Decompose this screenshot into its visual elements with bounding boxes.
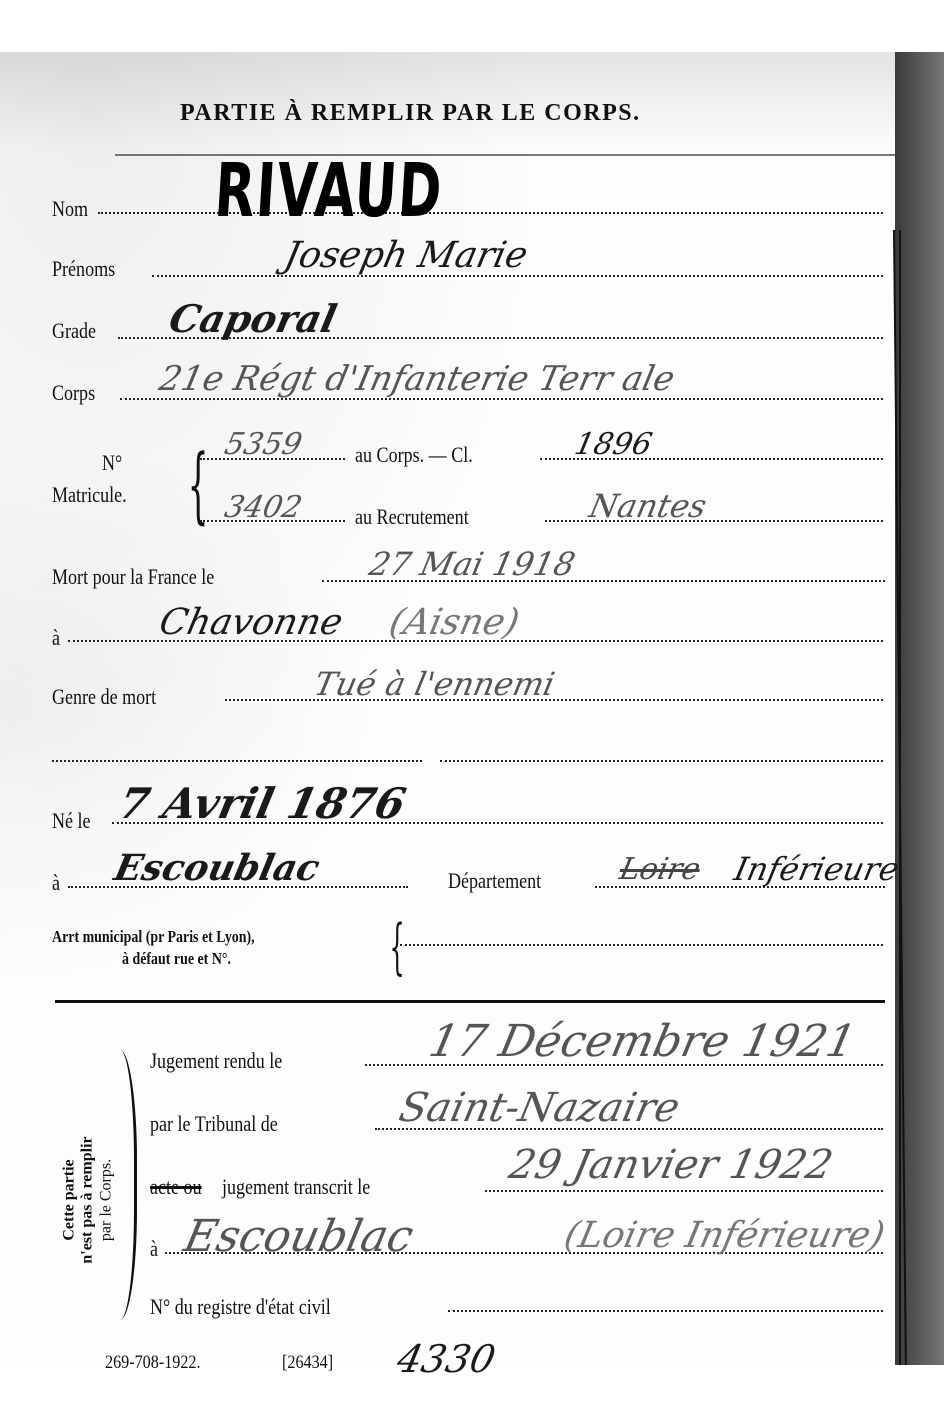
transcrit-line [485, 1190, 883, 1192]
handwritten-number: 4330 [394, 1340, 499, 1378]
grade-value: Caporal [166, 300, 340, 338]
matricule-brace: { [188, 438, 209, 533]
classe-value: 1896 [572, 430, 655, 460]
transcrit-struck-label: acte ou [150, 1176, 202, 1198]
ne-le-label: Né le [52, 810, 91, 832]
jugement-value: 17 Décembre 1921 [425, 1020, 859, 1064]
transcrit-lieu-annotation: (Loire Inférieure) [561, 1218, 888, 1254]
nom-value: RIVAUD [212, 148, 445, 234]
extra-line-right [440, 760, 883, 762]
au-corps-label: au Corps. — Cl. [355, 444, 473, 466]
au-recrutement-label: au Recrutement [355, 506, 469, 528]
transcrit-value: 29 Janvier 1922 [506, 1145, 836, 1185]
arr-municipal-label-2: à défaut rue et N°. [122, 950, 231, 967]
document-title: PARTIE À REMPLIR PAR LE CORPS. [180, 100, 641, 127]
print-code: 269-708-1922. [105, 1352, 201, 1374]
matricule-label-no: N° [102, 452, 122, 474]
mort-lieu-label: à [52, 627, 60, 649]
recrutement-place-value: Nantes [587, 490, 710, 522]
tribunal-value: Saint-Nazaire [396, 1088, 683, 1128]
mort-date-label: Mort pour la France le [52, 566, 214, 588]
recrutement-number-value: 3402 [222, 493, 305, 523]
corps-value: 21e Régt d'Infanterie Terr ale [156, 362, 677, 396]
ne-lieu-value: Escoublac [111, 850, 323, 886]
ne-lieu-label: à [52, 872, 60, 894]
registre-label: N° du registre d'état civil [150, 1296, 331, 1318]
matricule-label: Matricule. [52, 484, 127, 506]
transcrit-lieu-label: à [150, 1238, 158, 1260]
departement-label: Département [448, 870, 541, 892]
ne-le-value: 7 Avril 1876 [116, 783, 410, 825]
registre-line [448, 1310, 883, 1312]
prenoms-value: Joseph Marie [281, 238, 531, 274]
side-note-line-2: n'est pas à remplir [79, 1080, 97, 1320]
corps-number-value: 5359 [222, 430, 305, 460]
mort-date-value: 27 Mai 1918 [367, 548, 578, 580]
genre-mort-value: Tué à l'ennemi [312, 668, 558, 700]
print-ref: [26434] [282, 1352, 333, 1374]
extra-line-left [52, 760, 422, 762]
transcrit-lieu-value: Escoublac [180, 1215, 417, 1259]
tribunal-label: par le Tribunal de [150, 1113, 278, 1135]
grade-label: Grade [52, 320, 96, 342]
section-divider [55, 1000, 885, 1003]
mort-lieu-annotation: (Aisne) [386, 605, 522, 641]
genre-mort-label: Genre de mort [52, 686, 156, 708]
jugement-label: Jugement rendu le [150, 1050, 282, 1072]
side-note-line-3: par le Corps. [97, 1080, 115, 1320]
arr-municipal-brace: } [389, 912, 404, 982]
arr-municipal-label: Arrt municipal (pr Paris et Lyon), [52, 928, 255, 945]
mort-lieu-value: Chavonne [156, 605, 346, 641]
margin-rule [899, 230, 901, 1365]
transcrit-label: jugement transcrit le [222, 1176, 370, 1198]
side-note-line-1: Cette partie [60, 1080, 78, 1320]
prenoms-label: Prénoms [52, 258, 115, 280]
corps-label: Corps [52, 382, 95, 404]
arr-municipal-line [400, 944, 883, 946]
nom-label: Nom [52, 198, 88, 220]
departement-struck-value: Loire [617, 855, 703, 885]
departement-value: Inférieure [732, 853, 902, 885]
